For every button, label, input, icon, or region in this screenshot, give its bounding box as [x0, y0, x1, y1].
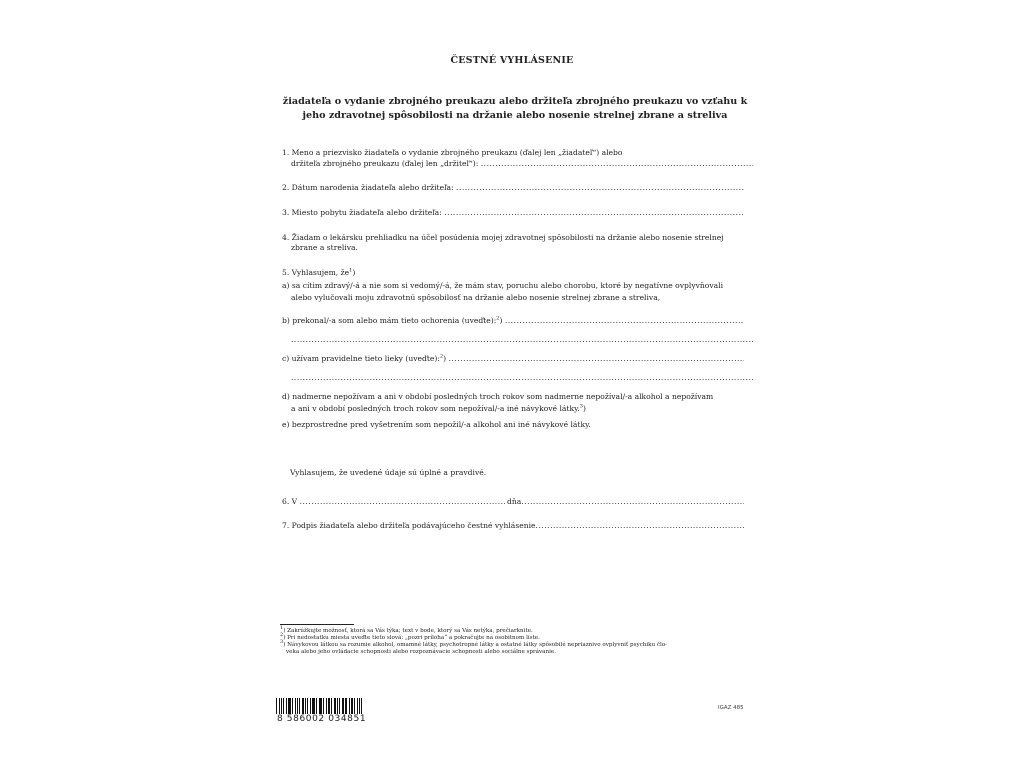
item-3-residence-field[interactable]: 3. Miesto pobytu žiadateľa alebo držiteľ… [282, 207, 744, 218]
item-5d-line-1: d) nadmerne nepožívam a ani v období pos… [282, 391, 744, 402]
item-1-line-1: 1. Meno a priezvisko žiadateľa o vydanie… [282, 147, 744, 158]
item-5c-continuation-field[interactable]: ........................................… [282, 372, 753, 383]
item-5e: e) bezprostredne pred vyšetrením som nep… [282, 419, 744, 430]
item-2-birthdate-field[interactable]: 2. Dátum narodenia žiadateľa alebo držit… [282, 182, 744, 193]
item-5b-diseases-field[interactable]: b) prekonal/-a som alebo mám tieto ochor… [282, 315, 744, 326]
barcode-number: 8 586002 034851 [276, 714, 367, 724]
footnote-divider [280, 624, 354, 625]
item-5b-continuation-field[interactable]: ........................................… [282, 334, 753, 345]
item-5a-line-2: alebo vylučovali moju zdravotnú spôsobil… [282, 292, 753, 303]
item-1-name-field[interactable]: držiteľa zbrojného preukazu (ďalej len „… [282, 158, 753, 169]
item-6-place-date-field[interactable]: 6. V ...................................… [282, 496, 744, 507]
footnote-3-line-2: veka alebo jeho ovládacie schopnosti ale… [286, 649, 766, 656]
document-title: ČESTNÉ VYHLÁSENIE [0, 55, 1024, 66]
form-code: IGAZ 485 [718, 705, 744, 711]
document-subtitle: žiadateľa o vydanie zbrojného preukazu a… [270, 95, 760, 123]
declaration-text: Vyhlasujem, že uvedené údaje sú úplné a … [290, 467, 752, 478]
document-page: ČESTNÉ VYHLÁSENIE žiadateľa o vydanie zb… [0, 0, 1024, 768]
item-5-heading: 5. Vyhlasujem, že1) [282, 267, 744, 278]
item-5a-line-1: a) sa cítim zdravý/-á a nie som si vedom… [282, 280, 744, 291]
item-7-signature-field[interactable]: 7. Podpis žiadateľa alebo držiteľa podáv… [282, 520, 744, 531]
item-5d-line-2: a ani v období posledných troch rokov so… [282, 403, 753, 414]
item-5c-medication-field[interactable]: c) užívam pravidelne tieto lieky (uveďte… [282, 353, 744, 364]
item-4-line-2: zbrane a streliva. [282, 242, 753, 253]
